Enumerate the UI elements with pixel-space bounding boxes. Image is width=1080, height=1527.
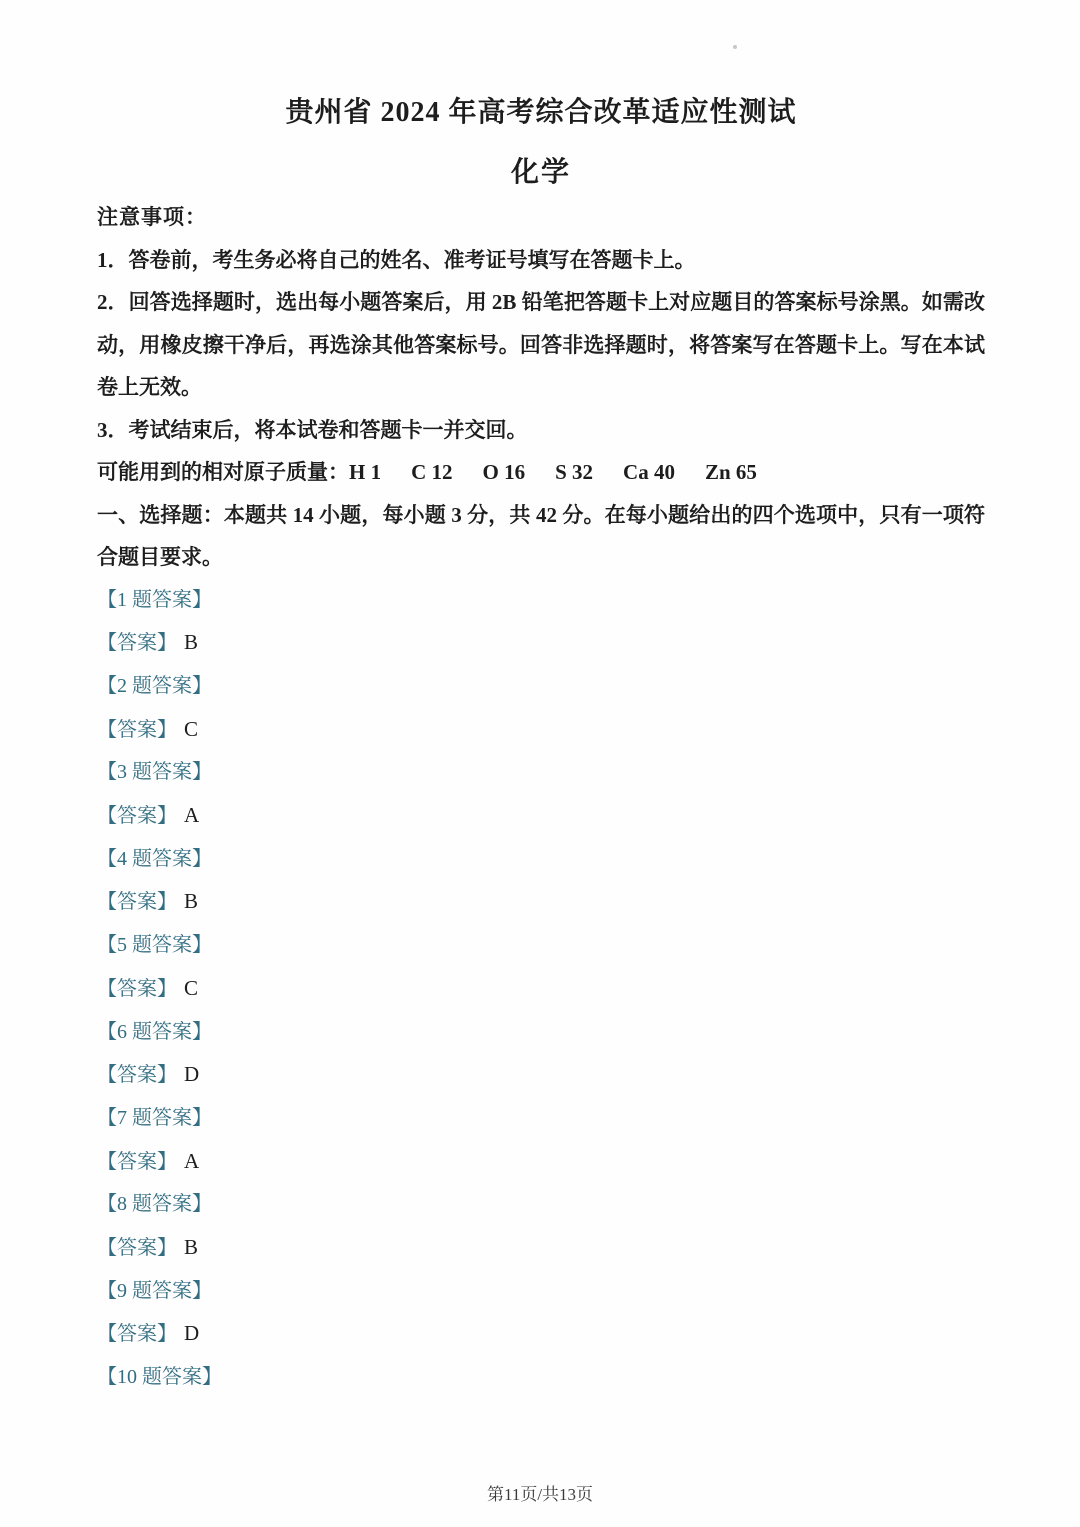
- answer-entry-question-line: 【6 题答案】: [97, 1011, 985, 1054]
- notice-heading: 注意事项：: [97, 196, 985, 239]
- answer-label: 【答案】: [97, 978, 177, 1000]
- notice-item-2: 2．回答选择题时，选出每小题答案后，用 2B 铅笔把答题卡上对应题目的答案标号涂…: [97, 281, 985, 409]
- answer-question-label: 【5 题答案】: [97, 934, 212, 956]
- atomic-mass-value: O 16: [483, 460, 526, 484]
- answer-value: B: [184, 889, 198, 913]
- answer-question-label: 【7 题答案】: [97, 1107, 212, 1129]
- answers-list: 【1 题答案】 【答案】B 【2 题答案】 【答案】C 【3 题答案】 【答案】…: [97, 579, 985, 1399]
- atomic-mass-label: 可能用到的相对原子质量：: [97, 460, 349, 484]
- instructions-block: 注意事项： 1．答卷前，考生务必将自己的姓名、准考证号填写在答题卡上。 2．回答…: [97, 196, 985, 1399]
- answer-entry-question-line: 【4 题答案】: [97, 838, 985, 881]
- answer-label: 【答案】: [97, 719, 177, 741]
- answer-label: 【答案】: [97, 1237, 177, 1259]
- answer-question-label: 【1 题答案】: [97, 589, 212, 611]
- answer-entry-answer-line: 【答案】B: [97, 1226, 985, 1270]
- page-footer: 第11页/共13页: [0, 1485, 1080, 1505]
- answer-label: 【答案】: [97, 1064, 177, 1086]
- answer-entry-answer-line: 【答案】D: [97, 1053, 985, 1097]
- answer-entry-answer-line: 【答案】D: [97, 1312, 985, 1356]
- answer-value: C: [184, 976, 198, 1000]
- answer-question-label: 【8 题答案】: [97, 1193, 212, 1215]
- section-heading: 一、选择题：本题共 14 小题，每小题 3 分，共 42 分。在每小题给出的四个…: [97, 494, 985, 579]
- answer-question-label: 【9 题答案】: [97, 1280, 212, 1302]
- answer-entry-question-line: 【3 题答案】: [97, 751, 985, 794]
- answer-entry-question-line: 【1 题答案】: [97, 579, 985, 622]
- subject-title: 化学: [97, 154, 985, 192]
- answer-entry-question-line: 【9 题答案】: [97, 1270, 985, 1313]
- answer-question-label: 【4 题答案】: [97, 848, 212, 870]
- answer-entry-question-line: 【10 题答案】: [97, 1356, 985, 1399]
- scan-speck-dot: [733, 45, 737, 49]
- answer-value: B: [184, 1235, 198, 1259]
- answer-entry-question-line: 【7 题答案】: [97, 1097, 985, 1140]
- answer-question-label: 【3 题答案】: [97, 761, 212, 783]
- answer-entry-answer-line: 【答案】A: [97, 794, 985, 838]
- atomic-mass-value: S 32: [555, 460, 593, 484]
- answer-entry-question-line: 【2 题答案】: [97, 665, 985, 708]
- answer-label: 【答案】: [97, 632, 177, 654]
- answer-label: 【答案】: [97, 1323, 177, 1345]
- atomic-mass-value: C 12: [411, 460, 452, 484]
- answer-value: D: [184, 1062, 199, 1086]
- answer-question-label: 【6 题答案】: [97, 1021, 212, 1043]
- answer-label: 【答案】: [97, 805, 177, 827]
- atomic-mass-value: Ca 40: [623, 460, 675, 484]
- notice-item-1: 1．答卷前，考生务必将自己的姓名、准考证号填写在答题卡上。: [97, 239, 985, 282]
- notice-item-3: 3．考试结束后，将本试卷和答题卡一并交回。: [97, 409, 985, 452]
- atomic-mass-value: H 1: [349, 460, 381, 484]
- answer-value: C: [184, 717, 198, 741]
- atomic-mass-line: 可能用到的相对原子质量：H 1C 12O 16S 32Ca 40Zn 65: [97, 451, 985, 494]
- answer-question-label: 【10 题答案】: [97, 1366, 222, 1388]
- answer-label: 【答案】: [97, 891, 177, 913]
- page-title: 贵州省 2024 年高考综合改革适应性测试: [97, 94, 985, 132]
- atomic-mass-value: Zn 65: [705, 460, 757, 484]
- answer-entry-answer-line: 【答案】C: [97, 708, 985, 752]
- exam-document-page: 贵州省 2024 年高考综合改革适应性测试 化学 注意事项： 1．答卷前，考生务…: [0, 0, 1080, 1527]
- answer-value: A: [184, 803, 199, 827]
- answer-value: A: [184, 1149, 199, 1173]
- page-number-indicator: 第11页/共13页: [487, 1485, 593, 1504]
- answer-value: B: [184, 630, 198, 654]
- answer-question-label: 【2 题答案】: [97, 675, 212, 697]
- answer-value: D: [184, 1321, 199, 1345]
- answer-label: 【答案】: [97, 1151, 177, 1173]
- answer-entry-answer-line: 【答案】B: [97, 621, 985, 665]
- answer-entry-answer-line: 【答案】C: [97, 967, 985, 1011]
- page-content: 贵州省 2024 年高考综合改革适应性测试 化学 注意事项： 1．答卷前，考生务…: [0, 94, 1080, 1399]
- answer-entry-answer-line: 【答案】B: [97, 880, 985, 924]
- answer-entry-question-line: 【5 题答案】: [97, 924, 985, 967]
- answer-entry-question-line: 【8 题答案】: [97, 1183, 985, 1226]
- answer-entry-answer-line: 【答案】A: [97, 1140, 985, 1184]
